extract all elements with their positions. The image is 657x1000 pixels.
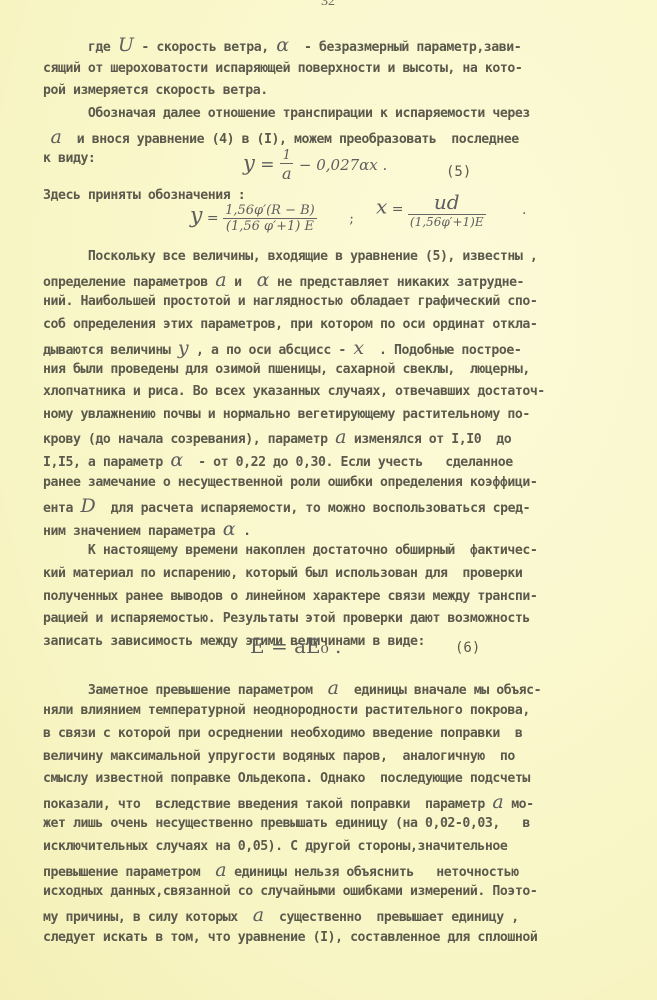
text-line: рацией и испаряемостью. Результаты этой … xyxy=(43,609,530,629)
def-y-denominator: (1,56 φ′+1) E xyxy=(223,219,317,234)
text-line: соб определения этих параметров, при кот… xyxy=(43,315,537,335)
text-line: следует искать в том, что уравнение (I),… xyxy=(43,928,537,948)
text-segment: кий материал по испарению, который был и… xyxy=(43,566,522,581)
text-line: ним значением параметра α . xyxy=(43,519,251,542)
text-segment: и внося уравнение (4) в (I), можем преоб… xyxy=(62,132,519,147)
text-segment: исходных данных,связанной со случайными … xyxy=(43,884,537,899)
text-segment: величину максимальной упругости водяных … xyxy=(43,749,515,764)
math-symbol: D xyxy=(80,495,95,517)
text-segment: ним значением параметра xyxy=(43,524,223,539)
text-segment: . xyxy=(236,524,251,539)
text-line: хлопчатника и риса. Во всех указанных сл… xyxy=(43,382,545,402)
text-segment: му причины, в силу которых xyxy=(43,910,253,925)
math-symbol: a xyxy=(335,426,346,448)
math-symbol: a xyxy=(328,677,339,699)
text-line: сящий от шероховатости испаряющей поверх… xyxy=(43,59,522,79)
def-y-fraction: 1,56φ′(R − B) (1,56 φ′+1) E xyxy=(223,203,317,234)
def-x-fraction: ud (1,56φ′+1)E xyxy=(408,190,486,229)
equation-5: y = 1 a − 0,027αx . xyxy=(243,148,387,183)
text-segment: следует искать в том, что уравнение (I),… xyxy=(43,930,537,945)
text-segment: где xyxy=(43,40,118,55)
text-segment: рой измеряется скорость ветра. xyxy=(43,83,268,98)
text-segment: . Подобные построе- xyxy=(364,343,521,358)
math-symbol: a xyxy=(51,126,62,148)
def-y-lhs: y xyxy=(190,204,202,229)
text-segment: единицы вначале мы объяс- xyxy=(339,683,541,698)
text-segment: хлопчатника и риса. Во всех указанных сл… xyxy=(43,384,545,399)
math-symbol: a xyxy=(215,859,226,881)
text-segment: Заметное превышение параметром xyxy=(43,683,328,698)
text-line: дываются величины y , а по оси абсцисс -… xyxy=(43,338,521,361)
text-line: определение параметров a и α не представ… xyxy=(43,270,524,293)
text-segment: - безразмерный параметр,зави- xyxy=(289,40,521,55)
text-segment: смыслу известной поправке Ольдекопа. Одн… xyxy=(43,771,530,786)
text-segment: мо- xyxy=(504,797,534,812)
text-line: исключительных случаях на 0,05). С друго… xyxy=(43,837,507,857)
text-segment: ний. Наибольшей простотой и наглядностью… xyxy=(43,294,537,309)
text-segment: к виду: xyxy=(43,151,95,166)
math-symbol: α xyxy=(223,518,236,540)
equation-5-number: (5) xyxy=(446,164,471,180)
def-y-numerator: 1,56φ′(R − B) xyxy=(223,203,317,219)
text-line: исходных данных,связанной со случайными … xyxy=(43,882,537,902)
math-symbol: α xyxy=(257,269,270,291)
text-segment: ному увлажнению почвы и нормально вегети… xyxy=(43,407,530,422)
text-segment: няли влиянием температурной неоднороднос… xyxy=(43,703,530,718)
eq5-numerator: 1 xyxy=(280,148,294,164)
text-line: величину максимальной упругости водяных … xyxy=(43,747,515,767)
eq5-lhs: y xyxy=(243,151,255,175)
text-segment: рацией и испаряемостью. Результаты этой … xyxy=(43,611,530,626)
def-x-numerator: ud xyxy=(408,190,486,215)
text-line: показали, что вследствие введения такой … xyxy=(43,792,534,815)
text-segment: в связи с которой при осреднении необход… xyxy=(43,726,522,741)
text-segment: существенно превышает единицу , xyxy=(264,910,519,925)
text-line: Заметное превышение параметром a единицы… xyxy=(43,678,541,701)
text-line: превышение параметром a единицы нельзя о… xyxy=(43,860,519,883)
text-line: крову (до начала созревания), параметр a… xyxy=(43,427,511,450)
text-segment: показали, что вследствие введения такой … xyxy=(43,797,492,812)
def-y-equals: = xyxy=(207,211,219,227)
text-segment: Обозначая далее отношение транспирации к… xyxy=(43,106,530,121)
text-line: Поскольку все величины, входящие в уравн… xyxy=(43,247,537,267)
text-segment: соб определения этих параметров, при кот… xyxy=(43,317,537,332)
text-segment: крову (до начала созревания), параметр xyxy=(43,432,335,447)
text-line: жет лишь очень несущественно превышать е… xyxy=(43,814,530,834)
text-segment: , а по оси абсцисс - xyxy=(189,343,354,358)
text-segment: не представляет никаких затрудне- xyxy=(269,275,524,290)
text-segment xyxy=(43,132,51,147)
text-segment: - скорость ветра, xyxy=(134,40,276,55)
text-segment: ранее замечание о несущественной роли ош… xyxy=(43,475,537,490)
text-line: няли влиянием температурной неоднороднос… xyxy=(43,701,530,721)
text-segment: исключительных случаях на 0,05). С друго… xyxy=(43,839,507,854)
eq5-denominator: a xyxy=(280,164,294,183)
text-line: смыслу известной поправке Ольдекопа. Одн… xyxy=(43,769,530,789)
text-segment: ния были проведены для озимой пшеницы, с… xyxy=(43,362,530,377)
text-line: кий материал по испарению, который был и… xyxy=(43,564,522,584)
text-segment: полученных ранее выводов о линейном хара… xyxy=(43,589,537,604)
def-x-equals: = xyxy=(392,202,404,218)
equation-6: E = aE₀ . xyxy=(250,634,341,658)
text-segment: - от 0,22 до 0,30. Если учесть сделанное xyxy=(183,455,513,470)
definition-y: y = 1,56φ′(R − B) (1,56 φ′+1) E ; xyxy=(190,203,354,234)
text-line: к виду: xyxy=(43,149,95,169)
text-line: ния были проведены для озимой пшеницы, с… xyxy=(43,360,530,380)
math-symbol: a xyxy=(492,791,503,813)
eq5-equals: = xyxy=(260,155,274,175)
text-segment: ента xyxy=(43,501,80,516)
text-line: К настоящему времени накоплен достаточно… xyxy=(43,541,537,561)
text-segment: Здесь приняты обозначения : xyxy=(43,188,245,203)
math-symbol: y xyxy=(178,337,189,359)
eq5-fraction: 1 a xyxy=(280,148,294,183)
page-number: 32 xyxy=(321,0,335,10)
text-line: ний. Наибольшей простотой и наглядностью… xyxy=(43,292,537,312)
text-segment: для расчета испаряемости, то можно воспо… xyxy=(96,501,530,516)
def-y-separator: ; xyxy=(349,211,354,227)
text-line: полученных ранее выводов о линейном хара… xyxy=(43,587,537,607)
text-line: a и внося уравнение (4) в (I), можем пре… xyxy=(43,127,519,150)
math-symbol: α xyxy=(170,449,183,471)
text-segment: I,I5, а параметр xyxy=(43,455,170,470)
equation-6-number: (6) xyxy=(455,640,480,656)
text-line: ранее замечание о несущественной роли ош… xyxy=(43,473,537,493)
math-symbol: x xyxy=(353,337,364,359)
text-line: где U - скорость ветра, α - безразмерный… xyxy=(43,35,521,58)
math-symbol: U xyxy=(118,34,134,56)
text-segment: дываются величины xyxy=(43,343,178,358)
text-line: записать зависимость между этими величин… xyxy=(43,632,425,652)
text-segment: записать зависимость между этими величин… xyxy=(43,634,425,649)
text-segment: определение параметров xyxy=(43,275,215,290)
text-segment: К настоящему времени накоплен достаточно… xyxy=(43,543,537,558)
def-x-lhs: x xyxy=(376,195,387,219)
text-line: в связи с которой при осреднении необход… xyxy=(43,724,522,744)
math-symbol: a xyxy=(215,269,226,291)
math-symbol: a xyxy=(253,904,264,926)
text-line: му причины, в силу которых a существенно… xyxy=(43,905,519,928)
math-symbol: α xyxy=(276,34,289,56)
text-segment: изменялся от I,I0 до xyxy=(346,432,511,447)
text-segment: единицы нельзя объяснить неточностью xyxy=(227,865,519,880)
text-segment: жет лишь очень несущественно превышать е… xyxy=(43,816,530,831)
def-x-end: . xyxy=(522,202,526,218)
text-line: рой измеряется скорость ветра. xyxy=(43,81,268,101)
definition-x: x = ud (1,56φ′+1)E . xyxy=(376,190,527,229)
text-line: ному увлажнению почвы и нормально вегети… xyxy=(43,405,530,425)
text-segment: превышение параметром xyxy=(43,865,215,880)
text-line: ента D для расчета испаряемости, то можн… xyxy=(43,496,530,519)
def-x-denominator: (1,56φ′+1)E xyxy=(408,215,486,229)
text-segment: сящий от шероховатости испаряющей поверх… xyxy=(43,61,522,76)
text-line: Обозначая далее отношение транспирации к… xyxy=(43,104,530,124)
text-segment: Поскольку все величины, входящие в уравн… xyxy=(43,249,537,264)
text-line: I,I5, а параметр α - от 0,22 до 0,30. Ес… xyxy=(43,450,513,473)
eq5-rest: − 0,027αx . xyxy=(299,156,387,174)
text-segment: и xyxy=(227,275,257,290)
